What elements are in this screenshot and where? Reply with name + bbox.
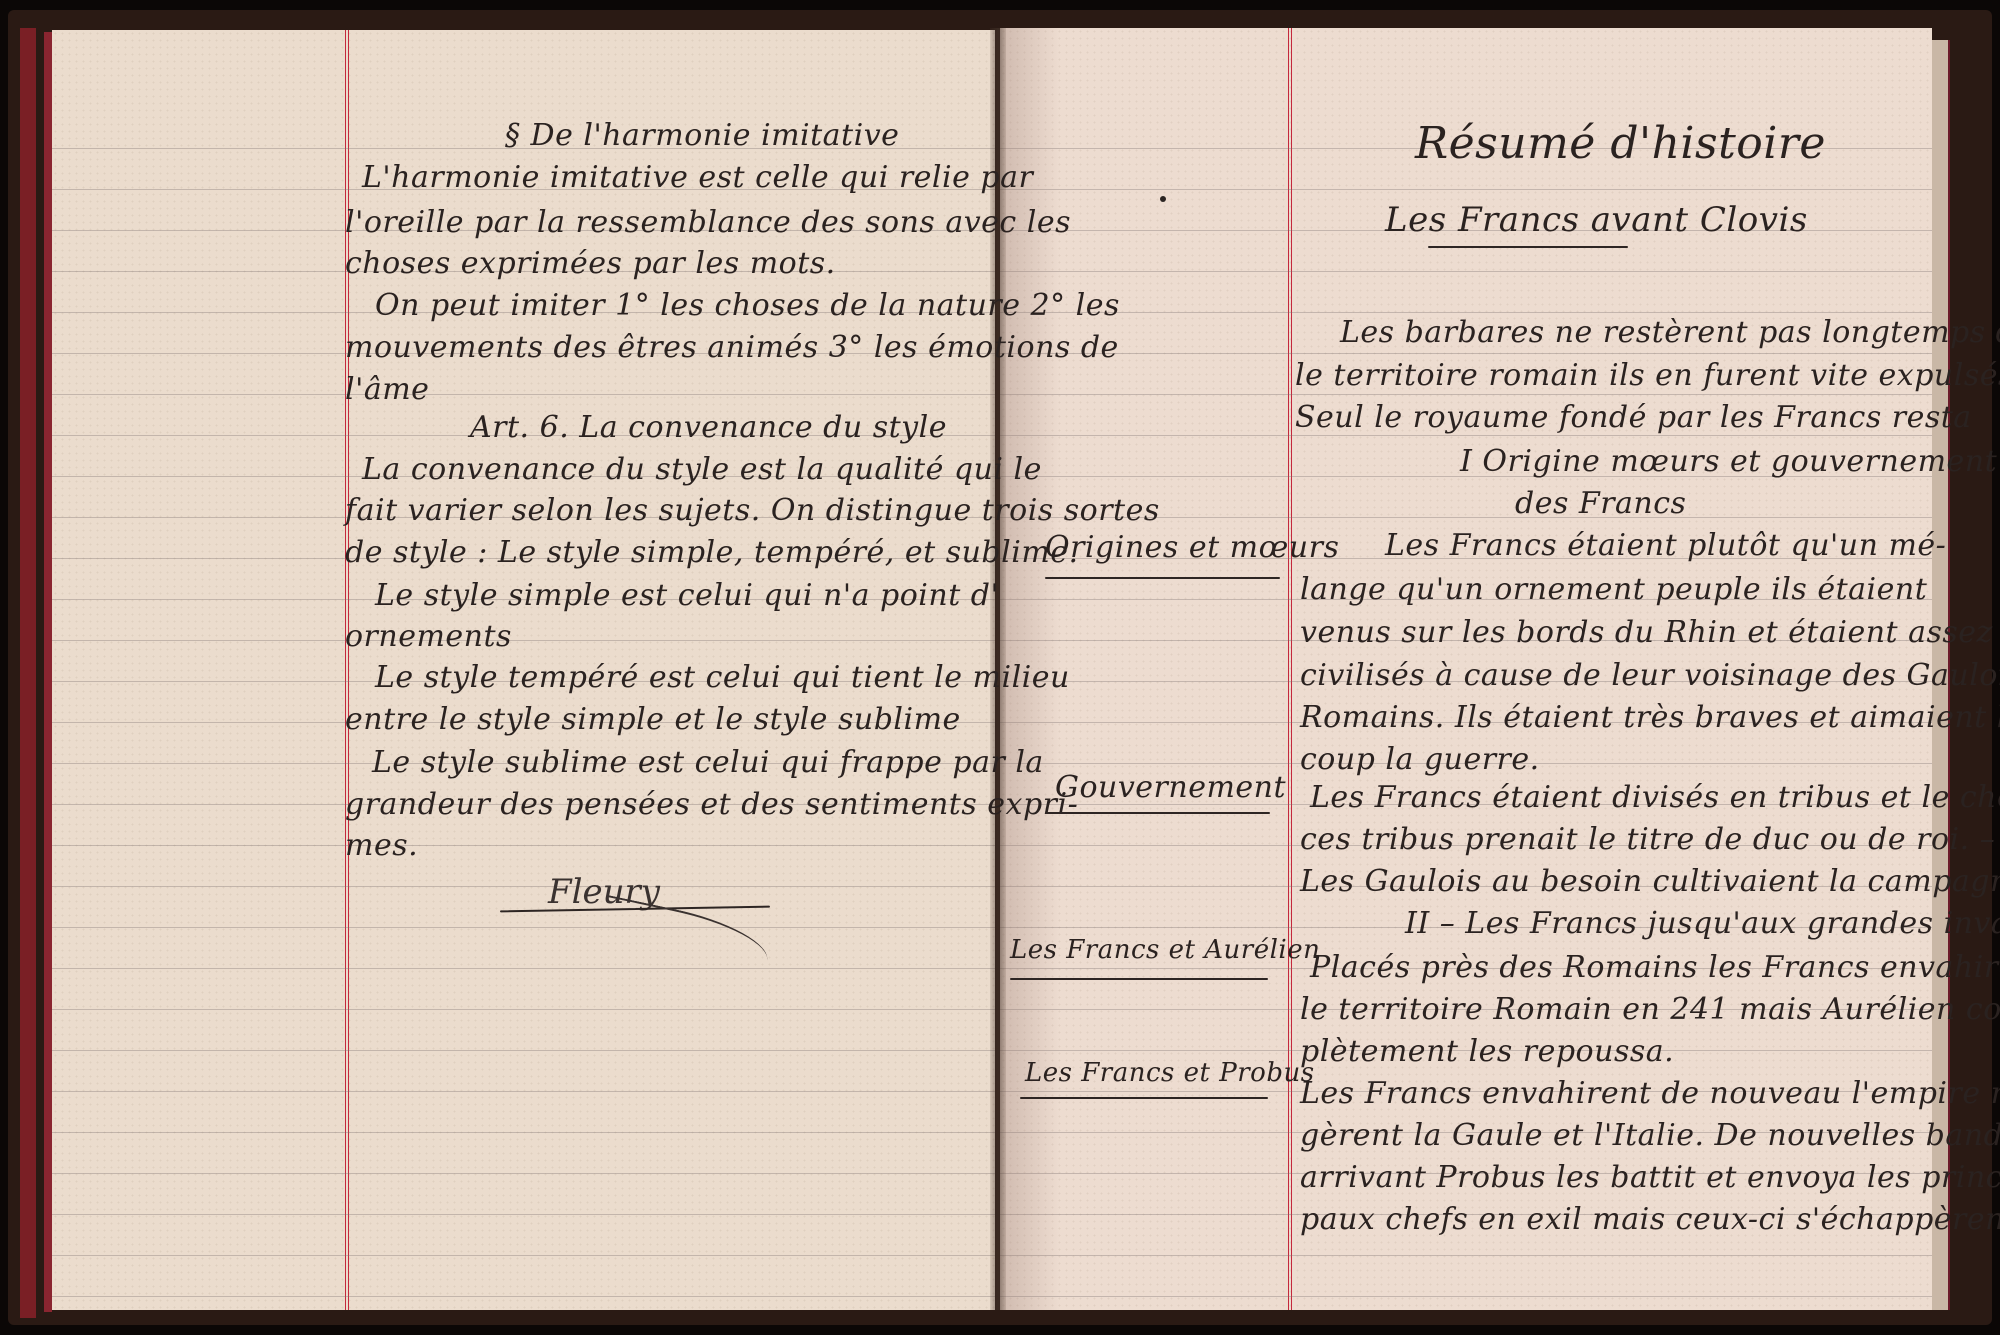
text-line: paux chefs en exil mais ceux-ci s'échapp… xyxy=(1300,1202,2000,1237)
section-heading: des Francs xyxy=(1515,486,1686,521)
rule-line xyxy=(52,1173,995,1174)
text-line: ornements xyxy=(345,619,512,654)
rule-line xyxy=(1000,271,1932,272)
rule-line xyxy=(52,886,995,887)
text-line: mes. xyxy=(345,828,418,863)
rule-line xyxy=(52,1132,995,1133)
text-line: l'âme xyxy=(345,372,429,407)
subheading: Art. 6. La convenance du style xyxy=(470,410,947,445)
text-line: coup la guerre. xyxy=(1300,742,1540,777)
text-line: venus sur les bords du Rhin et étaient a… xyxy=(1300,615,1993,650)
page-title: Résumé d'histoire xyxy=(1415,118,1826,169)
text-line: arrivant Probus les battit et envoya les… xyxy=(1300,1160,2000,1195)
rule-line xyxy=(52,1009,995,1010)
page-subtitle: Les Francs avant Clovis xyxy=(1385,200,1808,240)
text-line: Les Francs envahirent de nouveau l'empir… xyxy=(1300,1076,2000,1111)
margin-note-underline xyxy=(1045,577,1280,579)
text-line: Seul le royaume fondé par les Francs res… xyxy=(1295,400,1972,435)
text-line: Les Francs étaient divisés en tribus et … xyxy=(1310,780,2000,815)
rule-line xyxy=(1000,353,1932,354)
rule-line xyxy=(52,968,995,969)
page-edge-left xyxy=(44,32,52,1312)
subtitle-underline xyxy=(1428,246,1628,248)
text-line: Les barbares ne restèrent pas longtemps … xyxy=(1340,315,2000,350)
text-line: Placés près des Romains les Francs envah… xyxy=(1310,950,2000,985)
margin-note-underline xyxy=(1010,978,1268,980)
text-line: ces tribus prenait le titre de duc ou de… xyxy=(1300,822,1995,857)
text-line: civilisés à cause de leur voisinage des … xyxy=(1300,658,2000,693)
section-heading: II – Les Francs jusqu'aux grandes invasi… xyxy=(1405,906,2000,941)
rule-line xyxy=(1000,394,1932,395)
text-line: Les Gaulois au besoin cultivaient la cam… xyxy=(1300,864,2000,899)
text-line: plètement les repoussa. xyxy=(1300,1034,1674,1069)
margin-note: Gouvernement xyxy=(1055,770,1286,805)
text-line: entre le style simple et le style sublim… xyxy=(345,702,961,737)
text-line: le territoire Romain en 241 mais Aurélie… xyxy=(1300,992,2000,1027)
margin-note: Les Francs et Probus xyxy=(1025,1058,1315,1088)
rule-line xyxy=(52,1296,995,1297)
rule-line xyxy=(52,1091,995,1092)
rule-line xyxy=(1000,1255,1932,1256)
text-line: L'harmonie imitative est celle qui relie… xyxy=(362,160,1033,195)
rule-line xyxy=(52,1255,995,1256)
rule-line xyxy=(52,1214,995,1215)
rule-line xyxy=(1000,435,1932,436)
section-heading: I Origine mœurs et gouvernement xyxy=(1460,444,1997,479)
text-line: Les Francs étaient plutôt qu'un mé- xyxy=(1385,528,1946,563)
text-line: mouvements des êtres animés 3° les émoti… xyxy=(345,330,1119,365)
margin-note-underline xyxy=(1045,812,1270,814)
rule-line xyxy=(1000,312,1932,313)
text-line: grandeur des pensées et des sentiments e… xyxy=(345,787,1078,822)
rule-line xyxy=(52,845,995,846)
text-line: fait varier selon les sujets. On disting… xyxy=(345,493,1160,528)
margin-note-underline xyxy=(1020,1097,1268,1099)
text-line: l'oreille par la ressemblance des sons a… xyxy=(345,205,1071,240)
text-line: On peut imiter 1° les choses de la natur… xyxy=(375,288,1120,323)
margin-note: Les Francs et Aurélien xyxy=(1010,935,1320,965)
text-line: Romains. Ils étaient très braves et aima… xyxy=(1300,700,2000,735)
text-line: Le style sublime est celui qui frappe pa… xyxy=(372,745,1044,780)
rule-line xyxy=(1000,1296,1932,1297)
text-line: Le style simple est celui qui n'a point … xyxy=(375,578,999,613)
text-line: Le style tempéré est celui qui tient le … xyxy=(375,660,1070,695)
margin-line xyxy=(1288,28,1292,1310)
text-line: La convenance du style est la qualité qu… xyxy=(362,452,1042,487)
text-line: le territoire romain ils en furent vite … xyxy=(1295,358,2000,393)
text-line: choses exprimées par les mots. xyxy=(345,246,836,281)
text-line: gèrent la Gaule et l'Italie. De nouvelle… xyxy=(1300,1118,2000,1153)
section-heading: § De l'harmonie imitative xyxy=(505,118,899,153)
rule-line xyxy=(52,640,995,641)
rule-line xyxy=(1000,189,1932,190)
ink-dot xyxy=(1160,196,1166,202)
rule-line xyxy=(52,394,995,395)
rule-line xyxy=(52,1050,995,1051)
text-line: de style : Le style simple, tempéré, et … xyxy=(345,535,1079,570)
cover-edge xyxy=(20,28,36,1318)
text-line: lange qu'un ornement peuple ils étaient xyxy=(1300,572,1927,607)
margin-note: Origines et mœurs xyxy=(1045,530,1339,565)
rule-line xyxy=(52,927,995,928)
